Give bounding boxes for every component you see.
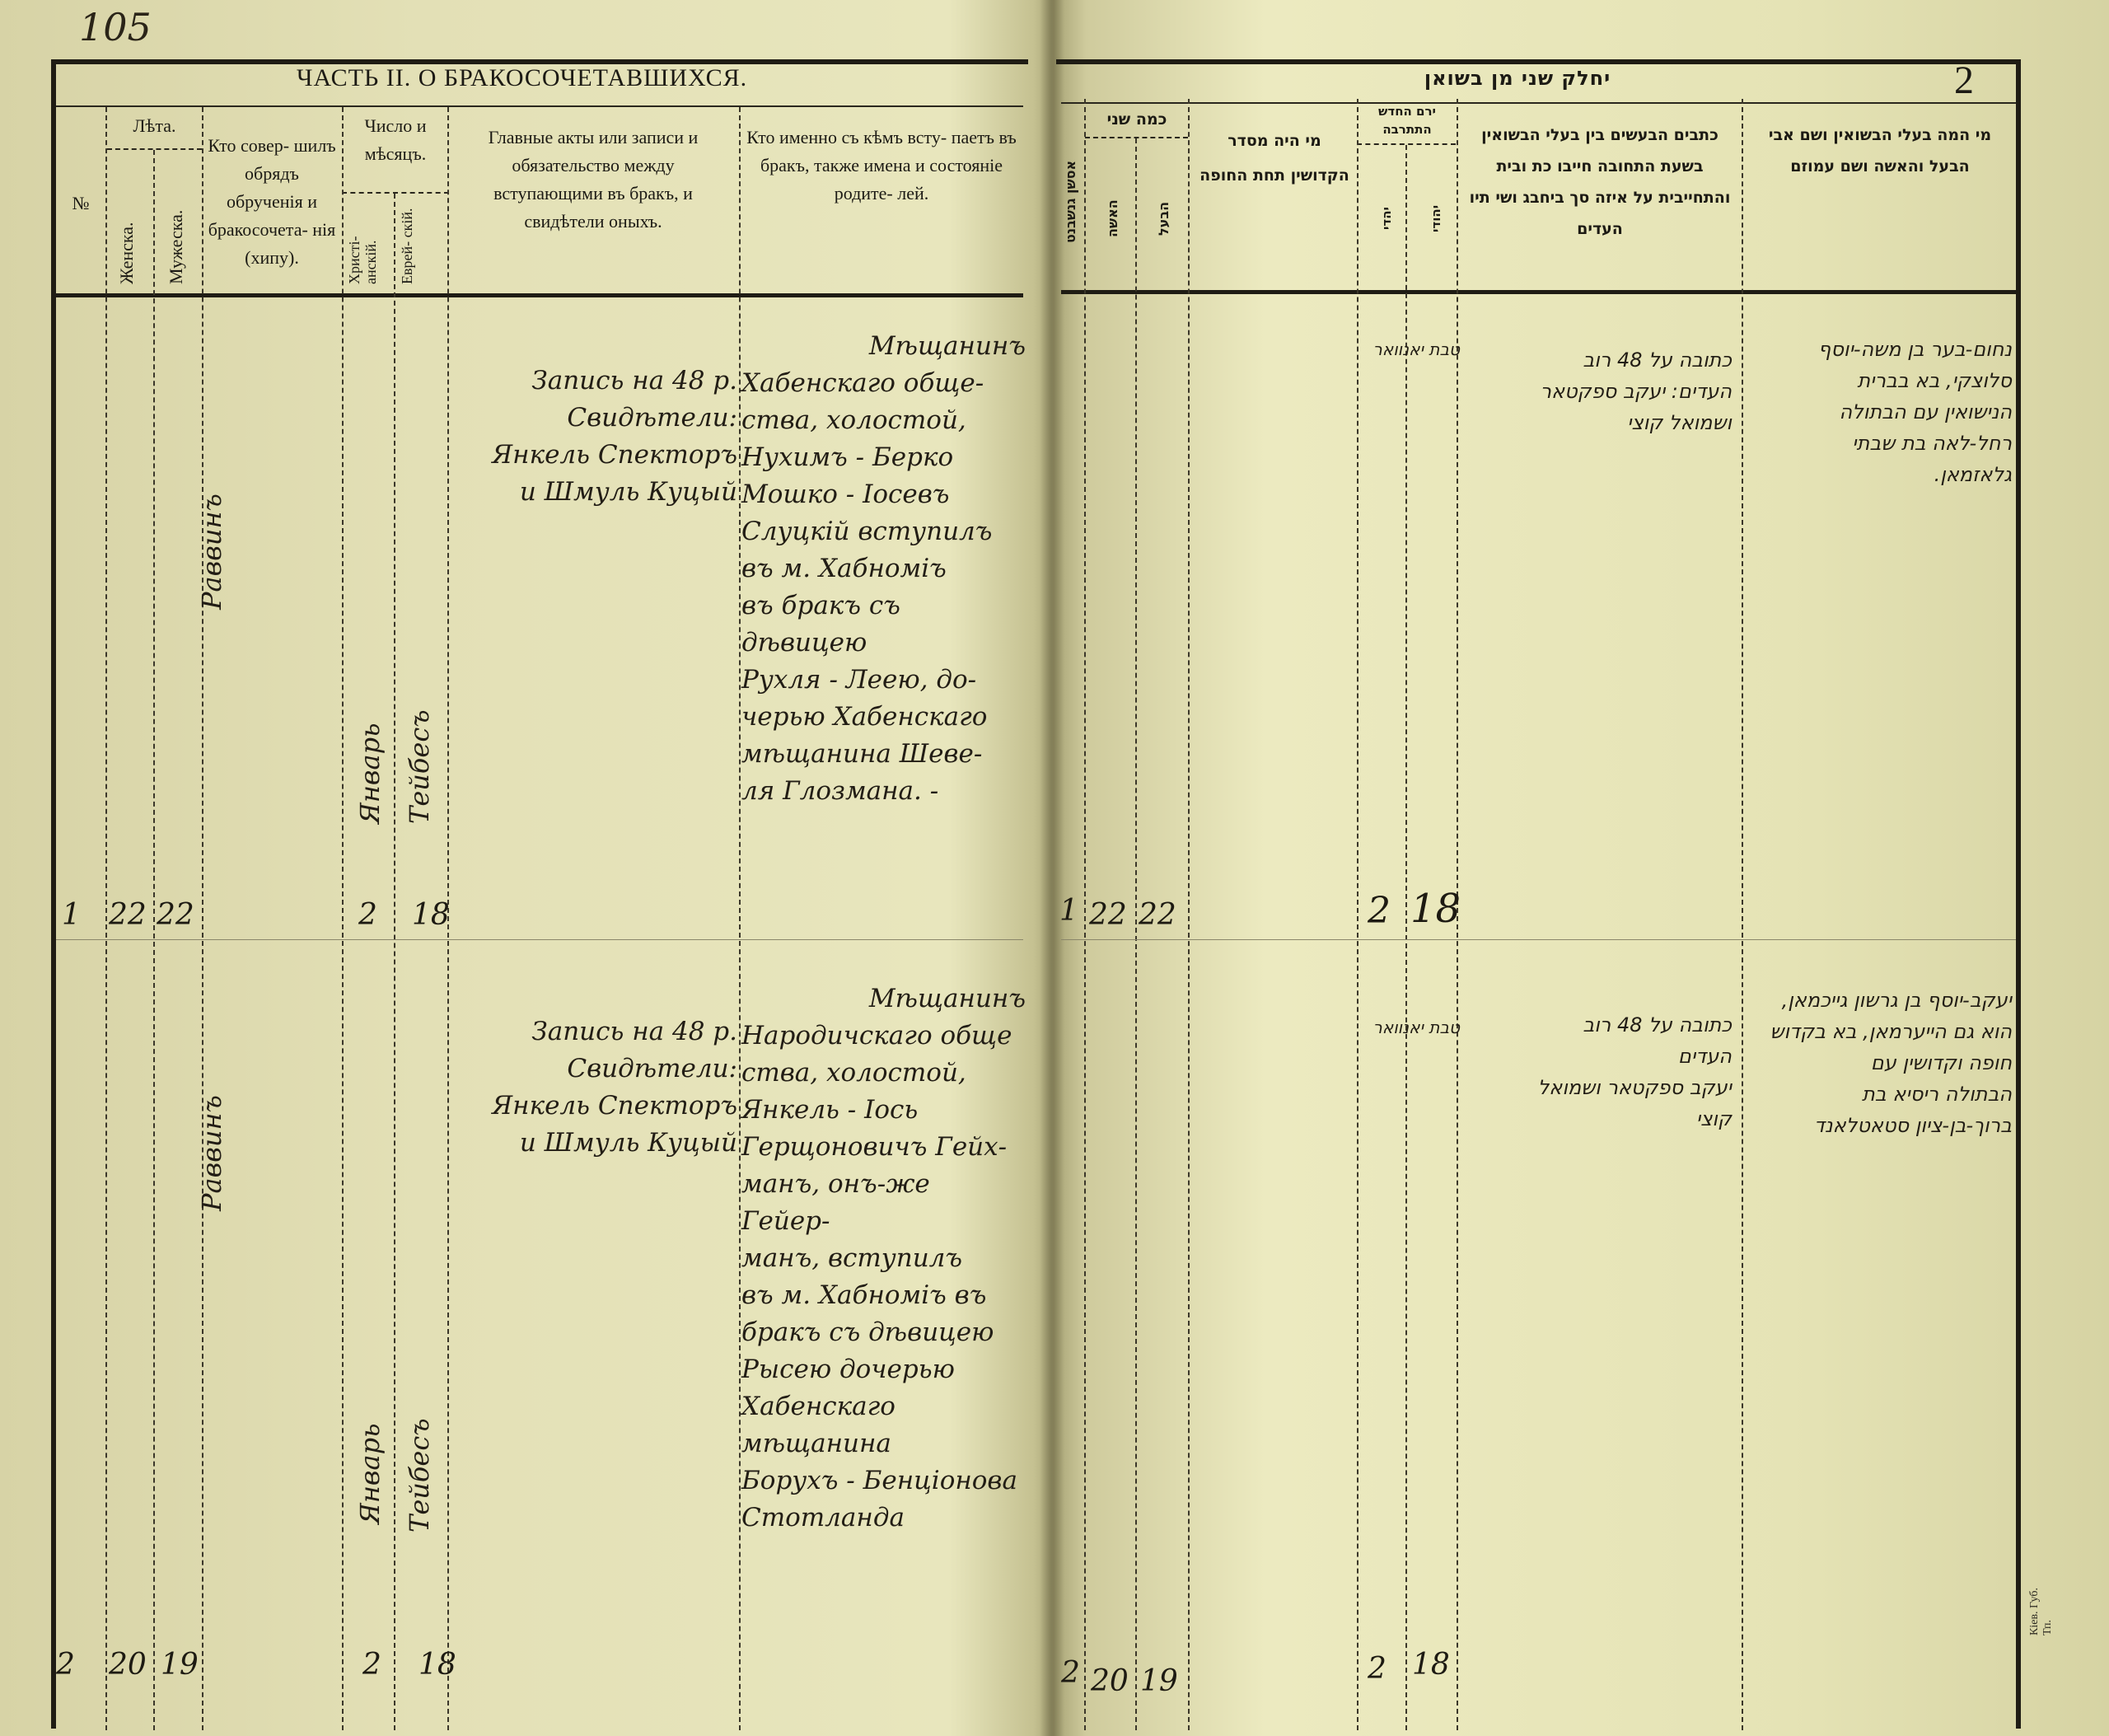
col-line bbox=[1188, 99, 1190, 1730]
col-header-date-christian: Христі- анскій. bbox=[346, 202, 379, 284]
col-header-acts: Главные акты или записи и обязательство … bbox=[456, 124, 731, 236]
entry-1-day-a: 2 bbox=[1368, 890, 1391, 932]
col-line bbox=[1084, 99, 1086, 1730]
col-header-parties: Кто именно съ кѣмъ всту- паетъ въ бракъ,… bbox=[746, 124, 1017, 208]
right-page: יחלק שני מן בשואן 2 אסשן גנשבנט כמה שני … bbox=[1064, 0, 2109, 1736]
entry-2-acts: Запись на 48 р. Свидѣтели: Янкель Спекто… bbox=[457, 1013, 737, 1162]
entry-1-number: 1 bbox=[62, 898, 81, 932]
entry-1-month: טבת יאנוואר bbox=[1344, 334, 1460, 365]
entry-1-day-b: 18 bbox=[1410, 886, 1461, 932]
col-header-date: ירם החדש התתרבה bbox=[1358, 102, 1456, 138]
col-header-ages-female: Женска. bbox=[117, 161, 137, 284]
col-line bbox=[1742, 99, 1743, 1730]
col-header-date-b: יהודי bbox=[1420, 190, 1452, 247]
entry-1-day-jewish: 18 bbox=[412, 898, 450, 932]
entry-1-acts: כתובה על 48 רוב העדים: יעקב ספקטאר ושמוא… bbox=[1460, 344, 1732, 438]
col-header-ages: Лѣта. bbox=[107, 112, 202, 140]
printer-imprint: Кіев. Губ. Тп. bbox=[2028, 1570, 2055, 1635]
col-header-officiant: מי היה מסדר הקדושין תחת החופה bbox=[1196, 124, 1353, 193]
entry-2-officiant: Раввинъ bbox=[196, 1063, 227, 1211]
col-line bbox=[394, 194, 395, 1730]
col-header-ages-female: האשה bbox=[1097, 181, 1129, 255]
col-header-ages-male: הבעל bbox=[1148, 181, 1180, 255]
right-table-frame bbox=[1056, 59, 2021, 1729]
entry-1-parties: Мѣщанинъ Хабенскаго обще- ства, холостой… bbox=[741, 328, 1026, 810]
col-header-date-jewish: Еврей- скій. bbox=[399, 202, 415, 284]
entry-1-age-female: 22 bbox=[109, 898, 147, 932]
entry-1-day-christian: 2 bbox=[358, 898, 377, 932]
entry-1-age-male: 22 bbox=[157, 898, 194, 932]
entry-2-acts: כתובה על 48 רוב העדים יעקב ספקטאר ושמואל… bbox=[1460, 1009, 1732, 1135]
entry-2-age-female: 20 bbox=[109, 1648, 147, 1682]
col-header-acts: כתבים הבעשים בין בעלי הבשואין בשעת התחוב… bbox=[1468, 119, 1732, 245]
col-line bbox=[739, 107, 741, 1730]
entry-2-age-male: 19 bbox=[1140, 1664, 1178, 1698]
left-part-title: ЧАСТЬ II. О БРАКОСОЧЕТАВШИХСЯ. bbox=[297, 64, 747, 92]
col-line bbox=[105, 107, 107, 1730]
entry-2-age-male: 19 bbox=[161, 1648, 199, 1682]
rule-under-header bbox=[1061, 290, 2016, 294]
col-line bbox=[1135, 138, 1137, 1730]
entry-2-day-jewish: 18 bbox=[419, 1648, 456, 1682]
entry-1-age-female: 22 bbox=[1089, 898, 1127, 932]
right-part-title: יחלק שני מן בשואן bbox=[1312, 63, 1723, 94]
entry-2-day-christian: 2 bbox=[362, 1648, 381, 1682]
entry-2-parties: Мѣщанинъ Народичскаго обще ства, холосто… bbox=[741, 980, 1026, 1537]
entry-2-day-a: 2 bbox=[1368, 1652, 1387, 1686]
entry-1-month-christian: Январь bbox=[354, 643, 386, 824]
entry-1-month-jewish: Тейбесъ bbox=[404, 626, 435, 824]
col-header-date-a: יהדי bbox=[1371, 190, 1402, 247]
col-header-date: Число и мѣсяцъ. bbox=[344, 112, 447, 168]
entry-1-age-male: 22 bbox=[1139, 898, 1176, 932]
entry-separator bbox=[1061, 939, 2016, 940]
rule-under-title bbox=[1061, 102, 2016, 104]
entry-2-parties: יעקב-יוסף בן גרשון גייכמאן, הוא גם הייער… bbox=[1748, 985, 2012, 1141]
col-line bbox=[342, 107, 344, 1730]
left-page: 105 ЧАСТЬ II. О БРАКОСОЧЕТАВШИХСЯ. № Лѣт… bbox=[0, 0, 1040, 1736]
col-header-number: № bbox=[56, 190, 105, 218]
folio-number: 105 bbox=[79, 5, 152, 49]
entry-1-acts: Запись на 48 р. Свидѣтели: Янкель Спекто… bbox=[457, 363, 737, 511]
col-line bbox=[153, 150, 155, 1730]
col-header-parties: מי המה בעלי הבשואין ושם אבי הבעל והאשה ו… bbox=[1756, 119, 2004, 182]
col-header-ages: כמה שני bbox=[1086, 104, 1188, 135]
entry-2-number: 2 bbox=[1061, 1656, 1080, 1690]
entry-2-age-female: 20 bbox=[1091, 1664, 1129, 1698]
col-header-ages-male: Мужеска. bbox=[166, 161, 186, 284]
col-line bbox=[1405, 145, 1407, 1730]
entry-separator bbox=[56, 939, 1023, 940]
entry-2-number: 2 bbox=[56, 1648, 75, 1682]
register-book-spread: 105 ЧАСТЬ II. О БРАКОСОЧЕТАВШИХСЯ. № Лѣт… bbox=[0, 0, 2109, 1736]
entry-2-month-jewish: Тейбесъ bbox=[404, 1335, 435, 1532]
col-header-a: אסשן גנשבנט bbox=[1063, 124, 1079, 280]
entry-2-month: טבת יאנוואר bbox=[1344, 1012, 1460, 1043]
entry-1-officiant: Раввинъ bbox=[196, 461, 227, 610]
entry-1-parties: נחום-בער בן משה-יוסף סלוצקי, בא בברית הנ… bbox=[1748, 334, 2012, 490]
rule-date-sub bbox=[342, 192, 449, 194]
entry-1-number: 1 bbox=[1059, 894, 1078, 928]
col-line bbox=[202, 107, 203, 1730]
entry-2-month-christian: Январь bbox=[354, 1343, 386, 1524]
entry-2-day-b: 18 bbox=[1412, 1648, 1450, 1682]
page-number: 2 bbox=[1954, 58, 1974, 103]
col-header-officiant: Кто совер- шилъ обрядъ обрученія и брако… bbox=[206, 132, 338, 272]
